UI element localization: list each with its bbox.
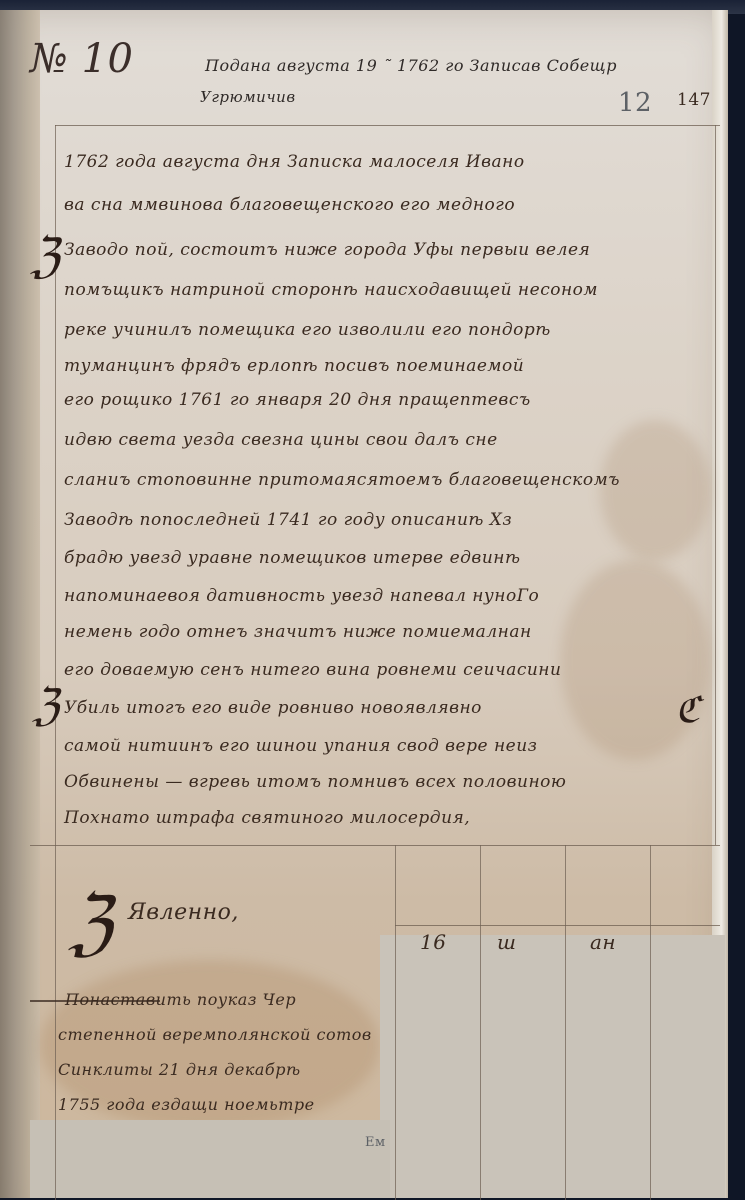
header-title-line: Подана августа 19 ˜ 1762 го Записав Собе… <box>205 56 617 75</box>
note-line: Синклиты 21 дня декабрѣ <box>58 1060 301 1079</box>
grid-column-rule <box>480 845 481 1200</box>
pencil-page-number: 12 <box>618 88 652 118</box>
header-subtitle: Угрюмичив <box>200 88 296 106</box>
text-line: Заводѣ попоследней 1741 го году описаниѣ… <box>64 510 512 530</box>
frame-left-rule <box>55 125 56 1200</box>
text-line: реке учинилъ помещика его изволили его п… <box>64 320 551 340</box>
text-line: его доваемую сенъ нитего вина ровнеми се… <box>64 660 561 680</box>
text-line: Убиль итогъ его виде ровниво новоявлявно <box>64 698 482 718</box>
text-line: Обвинены — вгревь итомъ помнивъ всех пол… <box>64 772 566 792</box>
frame-right-rule <box>715 125 716 845</box>
grid-cell: ан <box>590 930 616 954</box>
grid-column-rule <box>565 845 566 1200</box>
text-line: 1762 года августа дня Записка малоселя И… <box>64 152 525 172</box>
grid-cell: ш <box>497 930 516 954</box>
text-line: немень годо отнеъ значитъ ниже помиемалн… <box>64 622 532 642</box>
text-line: туманцинъ фрядъ ерлопѣ посивъ поеминаемо… <box>64 356 524 376</box>
folio-number: 147 <box>677 90 711 110</box>
document-number-mark: № 10 <box>30 36 133 82</box>
section-divider-rule <box>30 845 720 846</box>
text-line: напоминаевоя дативность увезд напевал ну… <box>64 586 539 606</box>
page-binding-edge <box>0 10 40 1198</box>
flourish-capital-icon: ℨ <box>32 680 59 731</box>
text-line: самой нитиинъ его шинои упания свод вере… <box>64 736 537 756</box>
pencil-mark: Ем <box>365 1135 386 1150</box>
text-line: ва сна ммвинова благовещенского его медн… <box>64 195 515 215</box>
text-line: Похнато штрафа святиного милосердия, <box>64 808 470 828</box>
note-line: Понаставить поуказ Чер <box>65 990 296 1009</box>
flourish-capital-icon: ℨ <box>30 228 60 284</box>
text-line: сланиъ стоповинне притомаясятоемъ благов… <box>64 470 620 490</box>
frame-top-rule <box>55 125 720 126</box>
note-line: степенной веремполянской сотов <box>58 1025 372 1044</box>
grid-column-rule <box>650 845 651 1200</box>
text-line: Заводо пой, состоитъ ниже города Уфы пер… <box>64 240 590 260</box>
text-line: его рощико 1761 го января 20 дня пращепт… <box>64 390 531 410</box>
registered-heading: Явленно, <box>128 900 239 925</box>
water-stain <box>600 420 710 560</box>
text-line: брадю увезд уравне помещиков итерве едви… <box>64 548 520 568</box>
grid-cell: 16 <box>420 930 446 954</box>
grid-row-rule <box>395 925 720 926</box>
flourish-marginal-icon: ℭ <box>675 690 700 731</box>
text-line: идвю света уезда свезна цины свои далъ с… <box>64 430 498 450</box>
paper-repair-patch <box>380 935 725 1198</box>
text-line: помъщикъ натриной сторонѣ наисходавищей … <box>64 280 598 300</box>
note-line: 1755 года ездащи ноемьтре <box>58 1095 315 1114</box>
paper-repair-patch-bottom <box>30 1120 390 1198</box>
grid-column-rule <box>395 845 396 1200</box>
flourish-capital-icon: ℨ <box>68 880 112 964</box>
